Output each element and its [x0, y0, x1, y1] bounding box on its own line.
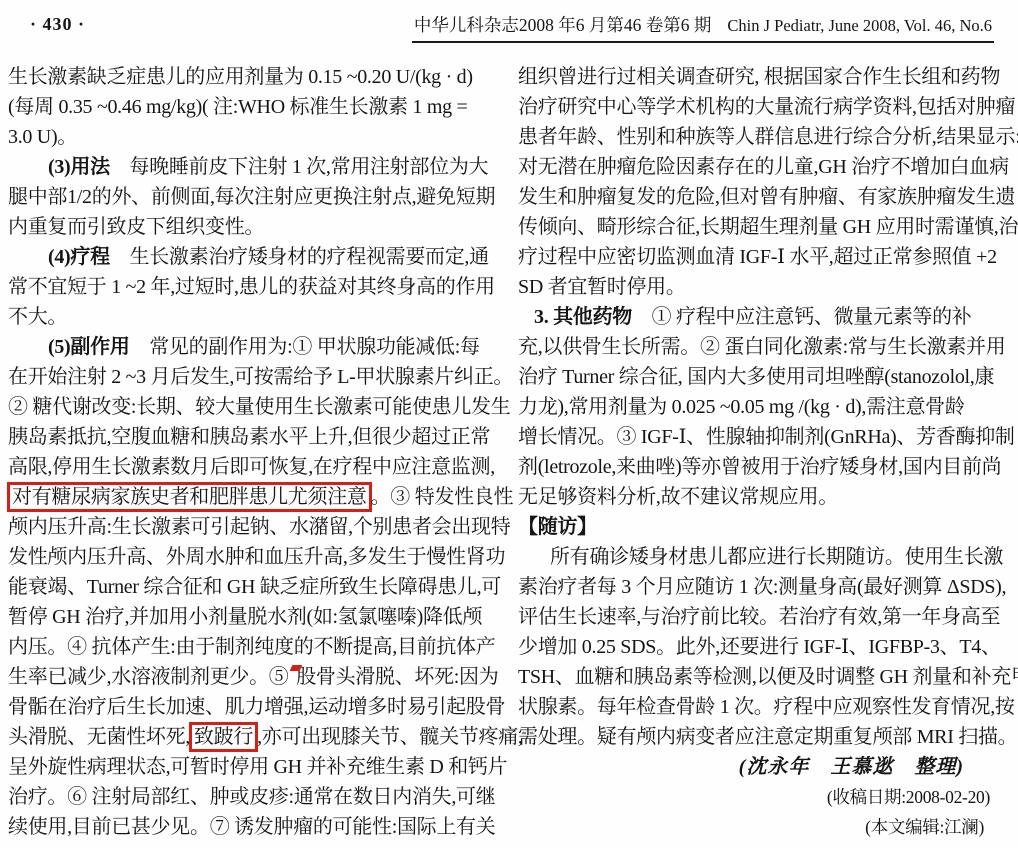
text-line: 状腺素。每年检查骨龄 1 次。疗程中应观察性发育情况,按: [518, 692, 1010, 722]
text-segment: (本文编辑:江澜): [865, 817, 984, 837]
text-segment: ① 疗程中应注意钙、微量元素等的补: [632, 306, 972, 328]
text-line: 发性颅内压升高、外周水肿和血压升高,多发生于慢性肾功: [8, 542, 500, 572]
journal-title-en: Chin J Pediatr, June 2008, Vol. 46, No.6: [727, 16, 992, 35]
text-segment: 状腺素。每年检查骨龄 1 次。疗程中应观察性发育情况,按: [518, 696, 1015, 718]
text-segment: 颅内压升高:生长激素可引起钠、水潴留,个别患者会出现特: [8, 516, 510, 538]
text-line: 剂(letrozole,来曲唑)等亦曾被用于治疗矮身材,国内目前尚: [518, 452, 1010, 482]
text-segment: 治疗。⑥ 注射局部红、肿或皮疹:通常在数日内消失,可继: [8, 786, 495, 808]
text-line: (5)副作用 常见的副作用为:① 甲状腺功能减低:每: [8, 332, 500, 362]
text-segment: SD 者宜暂时停用。: [518, 276, 686, 298]
document-page: · 430 · 中华儿科杂志2008 年6 月第46 卷第6 期Chin J P…: [0, 0, 1018, 848]
journal-title-cn: 中华儿科杂志2008 年6 月第46 卷第6 期: [414, 15, 712, 35]
text-line: 素治疗者每 3 个月应随访 1 次:测量身高(最好测算 ΔSDS),: [518, 572, 1010, 602]
text-segment: 骨骺在治疗后生长加速、肌力增强,运动增多时易引起股骨: [8, 696, 505, 718]
text-line: 力龙),常用剂量为 0.025 ~0.05 mg /(kg · d),需注意骨龄: [518, 392, 1010, 422]
bold-text-segment: 【随访】: [518, 516, 597, 538]
text-segment: ,亦可出现膝关节、髋关节疼痛,: [257, 726, 523, 748]
text-line: 组织曾进行过相关调查研究, 根据国家合作生长组和药物: [518, 62, 1010, 92]
text-segment: 能衰竭、Turner 综合征和 GH 缺乏症所致生长障碍患儿,可: [8, 576, 501, 598]
text-line: SD 者宜暂时停用。: [518, 272, 1010, 302]
text-segment: 增长情况。③ IGF-Ⅰ、性腺轴抑制剂(GnRHa)、芳香酶抑制: [518, 426, 1015, 448]
text-line: 胰岛素抵抗,空腹血糖和胰岛素水平上升,但很少超过正常: [8, 422, 500, 452]
text-segment: (收稿日期:2008-02-20): [827, 787, 990, 807]
text-line: 头滑脱、无菌性坏死,致跛行,亦可出现膝关节、髋关节疼痛,: [8, 722, 500, 752]
text-line: 发生和肿瘤复发的危险,但对曾有肿瘤、有家族肿瘤发生遗: [518, 182, 1010, 212]
text-segment: 内重复而引致皮下组织变性。: [8, 216, 264, 238]
text-segment: 常见的副作用为:① 甲状腺功能减低:每: [130, 336, 480, 358]
text-line: 生长激素缺乏症患儿的应用剂量为 0.15 ~0.20 U/(kg · d): [8, 62, 500, 92]
text-segment: 腿中部1/2的外、前侧面,每次注射应更换注射点,避免短期: [8, 186, 495, 208]
text-segment: 生长激素缺乏症患儿的应用剂量为 0.15 ~0.20 U/(kg · d): [8, 66, 473, 88]
text-segment: 内压。④ 抗体产生:由于制剂纯度的不断提高,目前抗体产: [8, 636, 495, 658]
text-line: 增长情况。③ IGF-Ⅰ、性腺轴抑制剂(GnRHa)、芳香酶抑制: [518, 422, 1010, 452]
bold-text-segment: 3. 其他药物: [534, 306, 632, 328]
text-line: 所有确诊矮身材患儿都应进行长期随访。使用生长激: [518, 542, 1010, 572]
text-line: (每周 0.35 ~0.46 mg/kg)( 注:WHO 标准生长激素 1 mg…: [8, 92, 500, 122]
text-line: (3)用法 每晚睡前皮下注射 1 次,常用注射部位为大: [8, 152, 500, 182]
text-segment: 胰岛素抵抗,空腹血糖和胰岛素水平上升,但很少超过正常: [8, 426, 490, 448]
text-line: 需处理。疑有颅内病变者应注意定期重复颅部 MRI 扫描。: [518, 722, 1010, 752]
text-line: (收稿日期:2008-02-20): [518, 782, 1010, 812]
text-segment: 疗过程中应密切监测血清 IGF-Ⅰ 水平,超过正常参照值 +2: [518, 246, 997, 268]
text-segment: 呈外旋性病理状态,可暂时停用 GH 并补充维生素 D 和钙片: [8, 756, 507, 778]
text-line: 传倾向、畸形综合征,长期超生理剂量 GH 应用时需谨慎,治: [518, 212, 1010, 242]
text-segment: 充,以供骨生长所需。② 蛋白同化激素:常与生长激素并用: [518, 336, 1005, 358]
text-line: ② 糖代谢改变:长期、较大量使用生长激素可能使患儿发生: [8, 392, 500, 422]
text-segment: 组织曾进行过相关调查研究, 根据国家合作生长组和药物: [518, 66, 1000, 88]
text-segment: (每周 0.35 ~0.46 mg/kg)( 注:WHO 标准生长激素 1 mg…: [8, 96, 467, 118]
text-line: (本文编辑:江澜): [518, 812, 1010, 842]
text-segment: 3.0 U)。: [8, 126, 77, 148]
text-segment: 所有确诊矮身材患儿都应进行长期随访。使用生长激: [550, 546, 1003, 568]
text-segment: (沈永年 王慕逖 整理): [739, 756, 964, 778]
text-segment: 少增加 0.25 SDS。此外,还要进行 IGF-Ⅰ、IGFBP-3、T4、: [518, 636, 1001, 658]
text-segment: 对无潜在肿瘤危险因素存在的儿童,GH 治疗不增加白血病: [518, 156, 1009, 178]
text-segment: 无足够资料分析,故不建议常规应用。: [518, 486, 838, 508]
text-segment: 常不宜短于 1 ~2 年,过短时,患儿的获益对其终身高的作用: [8, 276, 495, 298]
text-line: 呈外旋性病理状态,可暂时停用 GH 并补充维生素 D 和钙片: [8, 752, 500, 782]
text-segment: 。③ 特发性良性: [371, 486, 514, 508]
text-line: 少增加 0.25 SDS。此外,还要进行 IGF-Ⅰ、IGFBP-3、T4、: [518, 632, 1010, 662]
bold-text-segment: (5)副作用: [48, 336, 130, 358]
text-segment: ② 糖代谢改变:长期、较大量使用生长激素可能使患儿发生: [8, 396, 510, 418]
text-segment: 不大。: [8, 306, 67, 328]
page-number: · 430 ·: [30, 14, 85, 35]
text-line: 高限,停用生长激素数月后即可恢复,在疗程中应注意监测,: [8, 452, 500, 482]
text-line: (沈永年 王慕逖 整理): [518, 752, 1010, 782]
text-line: 治疗。⑥ 注射局部红、肿或皮疹:通常在数日内消失,可继: [8, 782, 500, 812]
text-segment: 素治疗者每 3 个月应随访 1 次:测量身高(最好测算 ΔSDS),: [518, 576, 1006, 598]
text-line: 评估生长速率,与治疗前比较。若治疗有效,第一年身高至: [518, 602, 1010, 632]
text-line: 内压。④ 抗体产生:由于制剂纯度的不断提高,目前抗体产: [8, 632, 500, 662]
journal-header: 中华儿科杂志2008 年6 月第46 卷第6 期Chin J Pediatr, …: [412, 12, 994, 43]
text-segment: 力龙),常用剂量为 0.025 ~0.05 mg /(kg · d),需注意骨龄: [518, 396, 965, 418]
text-line: 内重复而引致皮下组织变性。: [8, 212, 500, 242]
text-segment: 每晚睡前皮下注射 1 次,常用注射部位为大: [110, 156, 488, 178]
text-segment: 发性颅内压升高、外周水肿和血压升高,多发生于慢性肾功: [8, 546, 505, 568]
text-line: 3.0 U)。: [8, 122, 500, 152]
text-line: 患者年龄、性别和种族等人群信息进行综合分析,结果显示:: [518, 122, 1010, 152]
text-segment: 评估生长速率,与治疗前比较。若治疗有效,第一年身高至: [518, 606, 1000, 628]
text-segment: 股骨头滑脱、坏死:因为: [296, 666, 498, 688]
text-line: TSH、血糖和胰岛素等检测,以便及时调整 GH 剂量和补充甲: [518, 662, 1010, 692]
text-segment: 治疗研究中心等学术机构的大量流行病学资料,包括对肿瘤: [518, 96, 1015, 118]
text-segment: 传倾向、畸形综合征,长期超生理剂量 GH 应用时需谨慎,治: [518, 216, 1018, 238]
highlight-box: 致跛行: [189, 722, 258, 752]
text-segment: 发生和肿瘤复发的危险,但对曾有肿瘤、有家族肿瘤发生遗: [518, 186, 1015, 208]
text-line: 不大。: [8, 302, 500, 332]
text-line: 腿中部1/2的外、前侧面,每次注射应更换注射点,避免短期: [8, 182, 500, 212]
text-line: 能衰竭、Turner 综合征和 GH 缺乏症所致生长障碍患儿,可: [8, 572, 500, 602]
text-segment: TSH、血糖和胰岛素等检测,以便及时调整 GH 剂量和补充甲: [518, 666, 1018, 688]
text-line: 续使用,目前已甚少见。⑦ 诱发肿瘤的可能性:国际上有关: [8, 812, 500, 842]
text-line: 常不宜短于 1 ~2 年,过短时,患儿的获益对其终身高的作用: [8, 272, 500, 302]
text-line: 骨骺在治疗后生长加速、肌力增强,运动增多时易引起股骨: [8, 692, 500, 722]
text-line: 对无潜在肿瘤危险因素存在的儿童,GH 治疗不增加白血病: [518, 152, 1010, 182]
text-line: 对有糖尿病家族史者和肥胖患儿尤须注意。③ 特发性良性: [8, 482, 500, 512]
left-column: 生长激素缺乏症患儿的应用剂量为 0.15 ~0.20 U/(kg · d)(每周…: [8, 62, 500, 842]
text-line: 在开始注射 2 ~3 月后发生,可按需给予 L-甲状腺素片纠正。: [8, 362, 500, 392]
text-segment: 暂停 GH 治疗,并加用小剂量脱水剂(如:氢氯噻嗪)降低颅: [8, 606, 482, 628]
highlight-box: 对有糖尿病家族史者和肥胖患儿尤须注意: [7, 482, 372, 512]
text-segment: 剂(letrozole,来曲唑)等亦曾被用于治疗矮身材,国内目前尚: [518, 456, 1001, 478]
text-line: 疗过程中应密切监测血清 IGF-Ⅰ 水平,超过正常参照值 +2: [518, 242, 1010, 272]
text-segment: 在开始注射 2 ~3 月后发生,可按需给予 L-甲状腺素片纠正。: [8, 366, 513, 388]
text-line: 颅内压升高:生长激素可引起钠、水潴留,个别患者会出现特: [8, 512, 500, 542]
text-line: 无足够资料分析,故不建议常规应用。: [518, 482, 1010, 512]
bold-text-segment: (4)疗程: [48, 246, 110, 268]
article-body: 生长激素缺乏症患儿的应用剂量为 0.15 ~0.20 U/(kg · d)(每周…: [8, 62, 1010, 842]
text-segment: 患者年龄、性别和种族等人群信息进行综合分析,结果显示:: [518, 126, 1018, 148]
text-line: 【随访】: [518, 512, 1010, 542]
text-segment: 生率已减少,水溶液制剂更少。⑤: [8, 666, 293, 688]
bold-text-segment: (3)用法: [48, 156, 110, 178]
text-segment: 头滑脱、无菌性坏死,: [8, 726, 190, 748]
text-segment: 治疗 Turner 综合征, 国内大多使用司坦唑醇(stanozolol,康: [518, 366, 994, 388]
text-segment: 续使用,目前已甚少见。⑦ 诱发肿瘤的可能性:国际上有关: [8, 816, 495, 838]
text-segment: 高限,停用生长激素数月后即可恢复,在疗程中应注意监测,: [8, 456, 495, 478]
text-line: 治疗 Turner 综合征, 国内大多使用司坦唑醇(stanozolol,康: [518, 362, 1010, 392]
text-line: 充,以供骨生长所需。② 蛋白同化激素:常与生长激素并用: [518, 332, 1010, 362]
text-line: (4)疗程 生长激素治疗矮身材的疗程视需要而定,通: [8, 242, 500, 272]
right-column: 组织曾进行过相关调查研究, 根据国家合作生长组和药物治疗研究中心等学术机构的大量…: [518, 62, 1010, 842]
text-line: 3. 其他药物 ① 疗程中应注意钙、微量元素等的补: [518, 302, 1010, 332]
text-segment: 生长激素治疗矮身材的疗程视需要而定,通: [110, 246, 489, 268]
text-line: 生率已减少,水溶液制剂更少。⑤ 股骨头滑脱、坏死:因为: [8, 662, 500, 692]
text-line: 治疗研究中心等学术机构的大量流行病学资料,包括对肿瘤: [518, 92, 1010, 122]
text-segment: 需处理。疑有颅内病变者应注意定期重复颅部 MRI 扫描。: [518, 726, 1017, 748]
text-line: 暂停 GH 治疗,并加用小剂量脱水剂(如:氢氯噻嗪)降低颅: [8, 602, 500, 632]
